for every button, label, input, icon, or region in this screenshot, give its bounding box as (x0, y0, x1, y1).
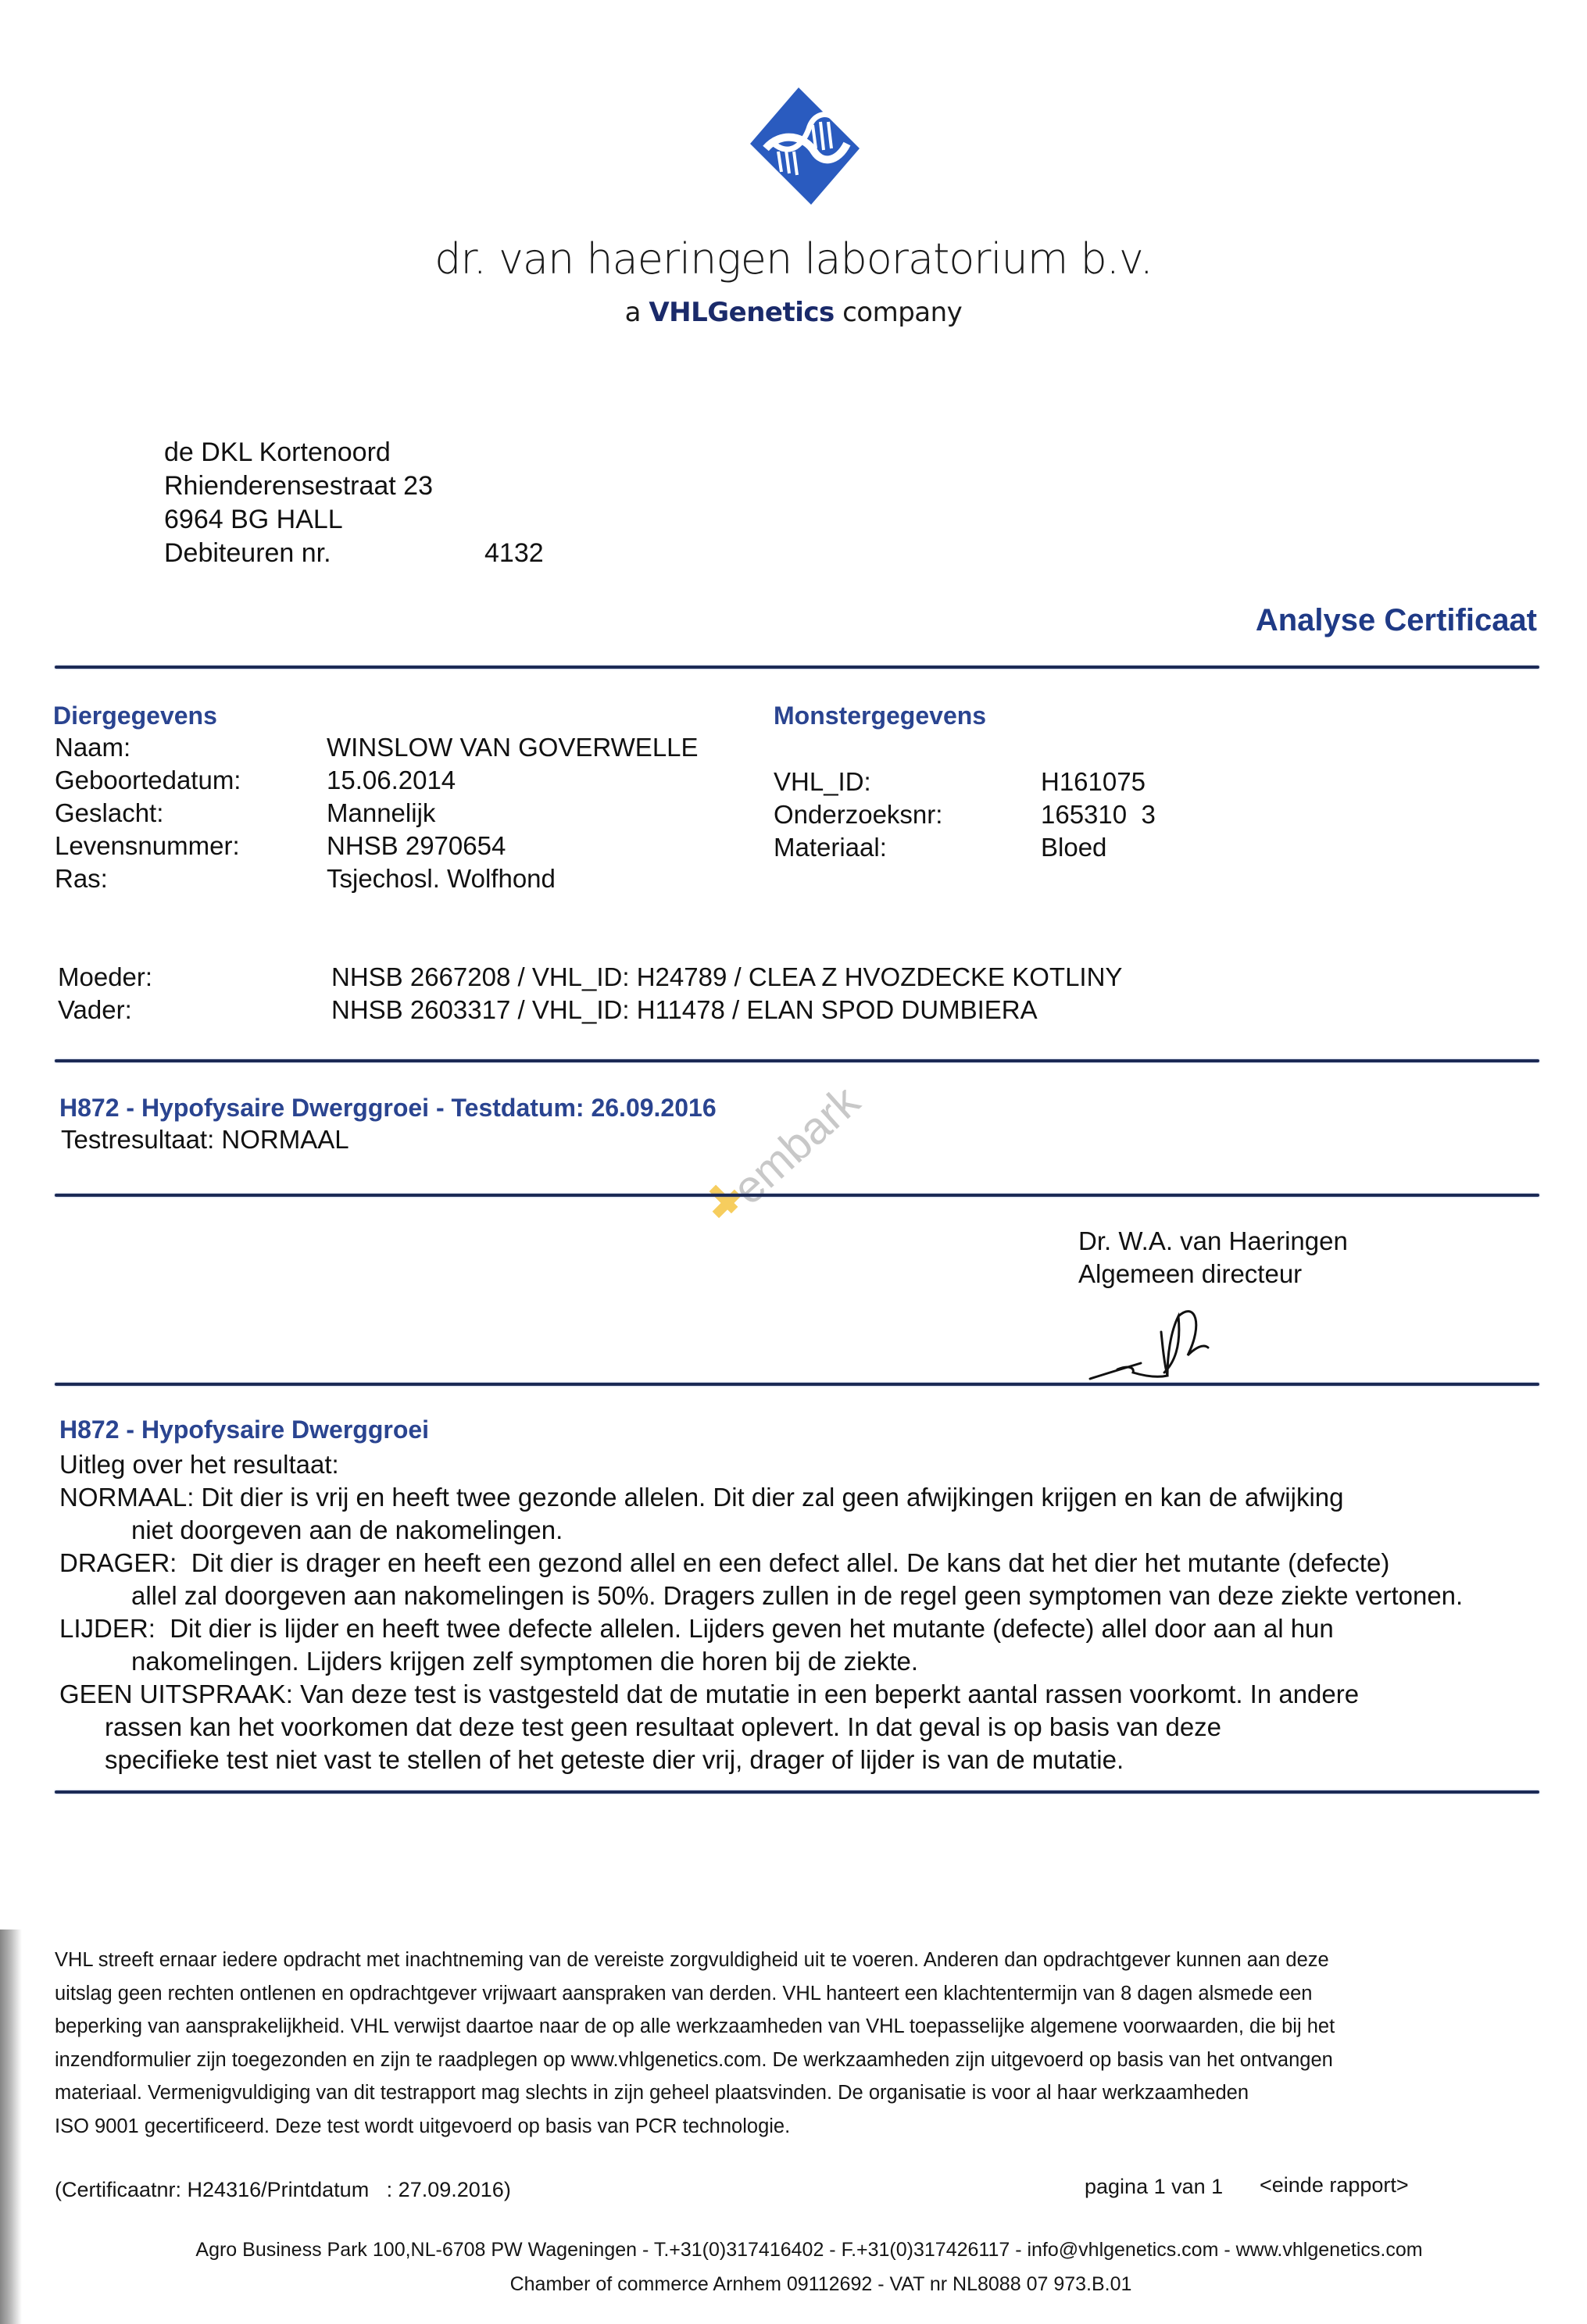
explanation-geen-uitspraak-cont: specifieke test niet vast te stellen of … (59, 1744, 1544, 1776)
subtitle-suffix: company (835, 297, 963, 328)
explanation-drager-cont: allel zal doorgeven aan nakomelingen is … (59, 1580, 1544, 1612)
recipient-city: 6964 BG HALL (164, 503, 433, 537)
certificate-title: Analyse Certificaat (1256, 603, 1537, 638)
subtitle-prefix: a (625, 297, 649, 328)
sample-field-material: Materiaal:Bloed (774, 831, 1321, 864)
recipient-street: Rhienderensestraat 23 (164, 469, 433, 503)
certificate-number: (Certificaatnr: H24316/Printdatum : 27.0… (55, 2178, 511, 2202)
scan-shadow-edge (0, 1930, 22, 2324)
explanation-normaal: NORMAAL: Dit dier is vrij en heeft twee … (59, 1481, 1544, 1514)
sample-field-research-nr: Onderzoeksnr:165310 3 (774, 798, 1321, 831)
explanation-lijder-cont: nakomelingen. Lijders krijgen zelf sympt… (59, 1645, 1544, 1678)
disclaimer-line: VHL streeft ernaar iedere opdracht met i… (55, 1944, 1524, 1977)
explanation-geen-uitspraak-cont: rassen kan het voorkomen dat deze test g… (59, 1711, 1544, 1744)
test-result: Testresultaat: NORMAAL (61, 1125, 349, 1155)
sample-field-vhl-id: VHL_ID:H161075 (774, 766, 1321, 798)
disclaimer-line: materiaal. Vermenigvuldiging van dit tes… (55, 2076, 1524, 2110)
test-heading: H872 - Hypofysaire Dwerggroei - Testdatu… (59, 1094, 717, 1123)
parent-father: Vader:NHSB 2603317 / VHL_ID: H11478 / EL… (58, 994, 1542, 1026)
animal-field-sex: Geslacht:Mannelijk (55, 797, 758, 830)
signer-name: Dr. W.A. van Haeringen (1078, 1225, 1348, 1258)
footer-address: Agro Business Park 100,NL-6708 PW Wageni… (0, 2239, 1587, 2262)
sample-data-heading: Monstergegevens (774, 701, 986, 730)
end-of-report: <einde rapport> (1260, 2173, 1409, 2197)
signature-icon (1086, 1301, 1235, 1387)
debtor-label: Debiteuren nr. (164, 537, 331, 570)
animal-field-breed: Ras:Tsjechosl. Wolfhond (55, 862, 758, 895)
parents: Moeder:NHSB 2667208 / VHL_ID: H24789 / C… (58, 961, 1542, 1026)
explanation-intro: Uitleg over het resultaat: (59, 1448, 1544, 1481)
divider (55, 1383, 1539, 1386)
animal-field-birthdate: Geboortedatum:15.06.2014 (55, 764, 758, 797)
disclaimer-line: inzendformulier zijn toegezonden en zijn… (55, 2044, 1524, 2077)
animal-data: Naam:WINSLOW VAN GOVERWELLE Geboortedatu… (55, 731, 758, 895)
dna-diamond-icon (750, 87, 860, 205)
recipient-address: de DKL Kortenoord Rhienderensestraat 23 … (164, 436, 433, 570)
divider (55, 666, 1539, 669)
sample-data: VHL_ID:H161075 Onderzoeksnr:165310 3 Mat… (774, 766, 1321, 864)
footer-registry: Chamber of commerce Arnhem 09112692 - VA… (0, 2273, 1587, 2296)
explanation-heading: H872 - Hypofysaire Dwerggroei (59, 1415, 429, 1444)
parent-mother: Moeder:NHSB 2667208 / VHL_ID: H24789 / C… (58, 961, 1542, 994)
divider (55, 1790, 1539, 1794)
explanation-geen-uitspraak: GEEN UITSPRAAK: Van deze test is vastges… (59, 1678, 1544, 1711)
debtor-number: 4132 (484, 537, 544, 570)
explanation-body: Uitleg over het resultaat: NORMAAL: Dit … (59, 1448, 1544, 1776)
animal-data-heading: Diergegevens (53, 701, 217, 730)
lab-name: dr. van haeringen laboratorium b.v. (0, 234, 1587, 284)
signer-title: Algemeen directeur (1078, 1258, 1348, 1291)
disclaimer-line: uitslag geen rechten ontlenen en opdrach… (55, 1977, 1524, 2011)
divider (55, 1059, 1539, 1062)
brand-name: VHLGenetics (649, 297, 834, 328)
disclaimer-line: ISO 9001 gecertificeerd. Deze test wordt… (55, 2110, 1524, 2144)
divider (55, 1194, 1539, 1197)
explanation-normaal-cont: niet doorgeven aan de nakomelingen. (59, 1514, 1544, 1547)
lab-subtitle: a VHLGenetics company (0, 297, 1587, 328)
explanation-drager: DRAGER: Dit dier is drager en heeft een … (59, 1547, 1544, 1580)
page-indicator: pagina 1 van 1 (1085, 2175, 1223, 2199)
disclaimer-line: beperking van aansprakelijkheid. VHL ver… (55, 2010, 1524, 2044)
signer-block: Dr. W.A. van Haeringen Algemeen directeu… (1078, 1225, 1348, 1291)
animal-field-registration: Levensnummer:NHSB 2970654 (55, 830, 758, 862)
explanation-lijder: LIJDER: Dit dier is lijder en heeft twee… (59, 1612, 1544, 1645)
animal-field-name: Naam:WINSLOW VAN GOVERWELLE (55, 731, 758, 764)
disclaimer: VHL streeft ernaar iedere opdracht met i… (55, 1944, 1524, 2143)
embark-watermark-icon: embark (703, 1090, 906, 1238)
recipient-name: de DKL Kortenoord (164, 436, 433, 469)
